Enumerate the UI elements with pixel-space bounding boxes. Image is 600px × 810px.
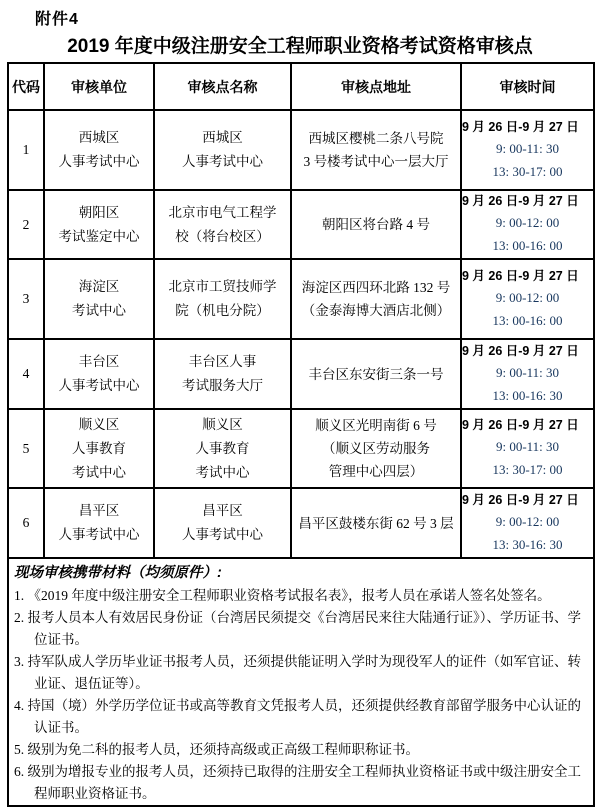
unit-cell: 海淀区 考试中心 (44, 259, 154, 339)
unit-cell: 顺义区 人事教育 考试中心 (44, 409, 154, 488)
table-header-row: 代码 审核单位 审核点名称 审核点地址 审核时间 (8, 63, 594, 110)
time-cell: 9 月 26 日-9 月 27 日 9: 00-12: 00 13: 00-16… (461, 190, 594, 259)
note-item: 6. 级别为增报专业的报考人员，还须持已取得的注册安全工程师执业资格证书或中级注… (14, 761, 589, 805)
table-row: 6 昌平区 人事考试中心 昌平区 人事考试中心 昌平区鼓楼东街 62 号 3 层… (8, 488, 594, 558)
time-cell: 9 月 26 日-9 月 27 日 9: 00-12: 00 13: 00-16… (461, 259, 594, 339)
table-row: 3 海淀区 考试中心 北京市工贸技师学 院（机电分院） 海淀区西四环北路 132… (8, 259, 594, 339)
table-row: 5 顺义区 人事教育 考试中心 顺义区 人事教育 考试中心 顺义区光明南街 6 … (8, 409, 594, 488)
address-cell: 朝阳区将台路 4 号 (291, 190, 461, 259)
note-item: 3. 持军队成人学历毕业证书报考人员，还须提供能证明入学时为现役军人的证件（如军… (14, 651, 589, 695)
review-times: 9: 00-11: 30 13: 00-16: 30 (462, 361, 593, 407)
header-address: 审核点地址 (291, 63, 461, 110)
address-cell: 顺义区光明南街 6 号 （顺义区劳动服务 管理中心四层） (291, 409, 461, 488)
site-cell: 西城区 人事考试中心 (154, 110, 291, 190)
note-item: 2. 报考人员本人有效居民身份证（台湾居民须提交《台湾居民来往大陆通行证》）、学… (14, 607, 589, 651)
header-unit: 审核单位 (44, 63, 154, 110)
address-cell: 丰台区东安街三条一号 (291, 339, 461, 409)
attachment-label: 附件4 (35, 6, 79, 29)
review-points-table: 代码 审核单位 审核点名称 审核点地址 审核时间 1 西城区 人事考试中心 西城… (7, 62, 595, 807)
header-code: 代码 (8, 63, 44, 110)
address-cell: 昌平区鼓楼东街 62 号 3 层 (291, 488, 461, 558)
address-cell: 西城区樱桃二条八号院 3 号楼考试中心一层大厅 (291, 110, 461, 190)
table-row: 2 朝阳区 考试鉴定中心 北京市电气工程学 校（将台校区） 朝阳区将台路 4 号… (8, 190, 594, 259)
review-date: 9 月 26 日-9 月 27 日 (462, 342, 593, 361)
site-cell: 顺义区 人事教育 考试中心 (154, 409, 291, 488)
address-cell: 海淀区西四环北路 132 号 （金泰海博大酒店北侧） (291, 259, 461, 339)
site-cell: 北京市工贸技师学 院（机电分院） (154, 259, 291, 339)
code-cell: 1 (8, 110, 44, 190)
time-cell: 9 月 26 日-9 月 27 日 9: 00-12: 00 13: 30-16… (461, 488, 594, 558)
review-date: 9 月 26 日-9 月 27 日 (462, 267, 593, 286)
code-cell: 6 (8, 488, 44, 558)
review-times: 9: 00-12: 00 13: 30-16: 30 (462, 510, 593, 556)
notes-heading: 现场审核携带材料（均须原件）: (14, 562, 589, 585)
review-times: 9: 00-11: 30 13: 30-17: 00 (462, 137, 593, 183)
review-date: 9 月 26 日-9 月 27 日 (462, 416, 593, 435)
time-cell: 9 月 26 日-9 月 27 日 9: 00-11: 30 13: 00-16… (461, 339, 594, 409)
unit-cell: 西城区 人事考试中心 (44, 110, 154, 190)
header-time: 审核时间 (461, 63, 594, 110)
review-date: 9 月 26 日-9 月 27 日 (462, 118, 593, 137)
table-row: 4 丰台区 人事考试中心 丰台区人事 考试服务大厅 丰台区东安街三条一号 9 月… (8, 339, 594, 409)
note-item: 1. 《2019 年度中级注册安全工程师职业资格考试报名表》，报考人员在承诺人签… (14, 585, 589, 607)
note-item: 4. 持国（境）外学历学位证书或高等教育文凭报考人员，还须提供经教育部留学服务中… (14, 695, 589, 739)
site-cell: 丰台区人事 考试服务大厅 (154, 339, 291, 409)
code-cell: 3 (8, 259, 44, 339)
note-item: 5. 级别为免二科的报考人员，还须持高级或正高级工程师职称证书。 (14, 739, 589, 761)
review-date: 9 月 26 日-9 月 27 日 (462, 491, 593, 510)
review-times: 9: 00-12: 00 13: 00-16: 00 (462, 211, 593, 257)
time-cell: 9 月 26 日-9 月 27 日 9: 00-11: 30 13: 30-17… (461, 409, 594, 488)
time-cell: 9 月 26 日-9 月 27 日 9: 00-11: 30 13: 30-17… (461, 110, 594, 190)
header-site-name: 审核点名称 (154, 63, 291, 110)
site-cell: 北京市电气工程学 校（将台校区） (154, 190, 291, 259)
review-times: 9: 00-12: 00 13: 00-16: 00 (462, 286, 593, 332)
code-cell: 4 (8, 339, 44, 409)
site-cell: 昌平区 人事考试中心 (154, 488, 291, 558)
unit-cell: 丰台区 人事考试中心 (44, 339, 154, 409)
code-cell: 5 (8, 409, 44, 488)
unit-cell: 昌平区 人事考试中心 (44, 488, 154, 558)
review-times: 9: 00-11: 30 13: 30-17: 00 (462, 435, 593, 481)
review-date: 9 月 26 日-9 月 27 日 (462, 192, 593, 211)
unit-cell: 朝阳区 考试鉴定中心 (44, 190, 154, 259)
notes-cell: 现场审核携带材料（均须原件）: 1. 《2019 年度中级注册安全工程师职业资格… (8, 558, 594, 806)
notes-row: 现场审核携带材料（均须原件）: 1. 《2019 年度中级注册安全工程师职业资格… (8, 558, 594, 806)
document-title: 2019 年度中级注册安全工程师职业资格考试资格审核点 (0, 31, 600, 58)
code-cell: 2 (8, 190, 44, 259)
table-row: 1 西城区 人事考试中心 西城区 人事考试中心 西城区樱桃二条八号院 3 号楼考… (8, 110, 594, 190)
